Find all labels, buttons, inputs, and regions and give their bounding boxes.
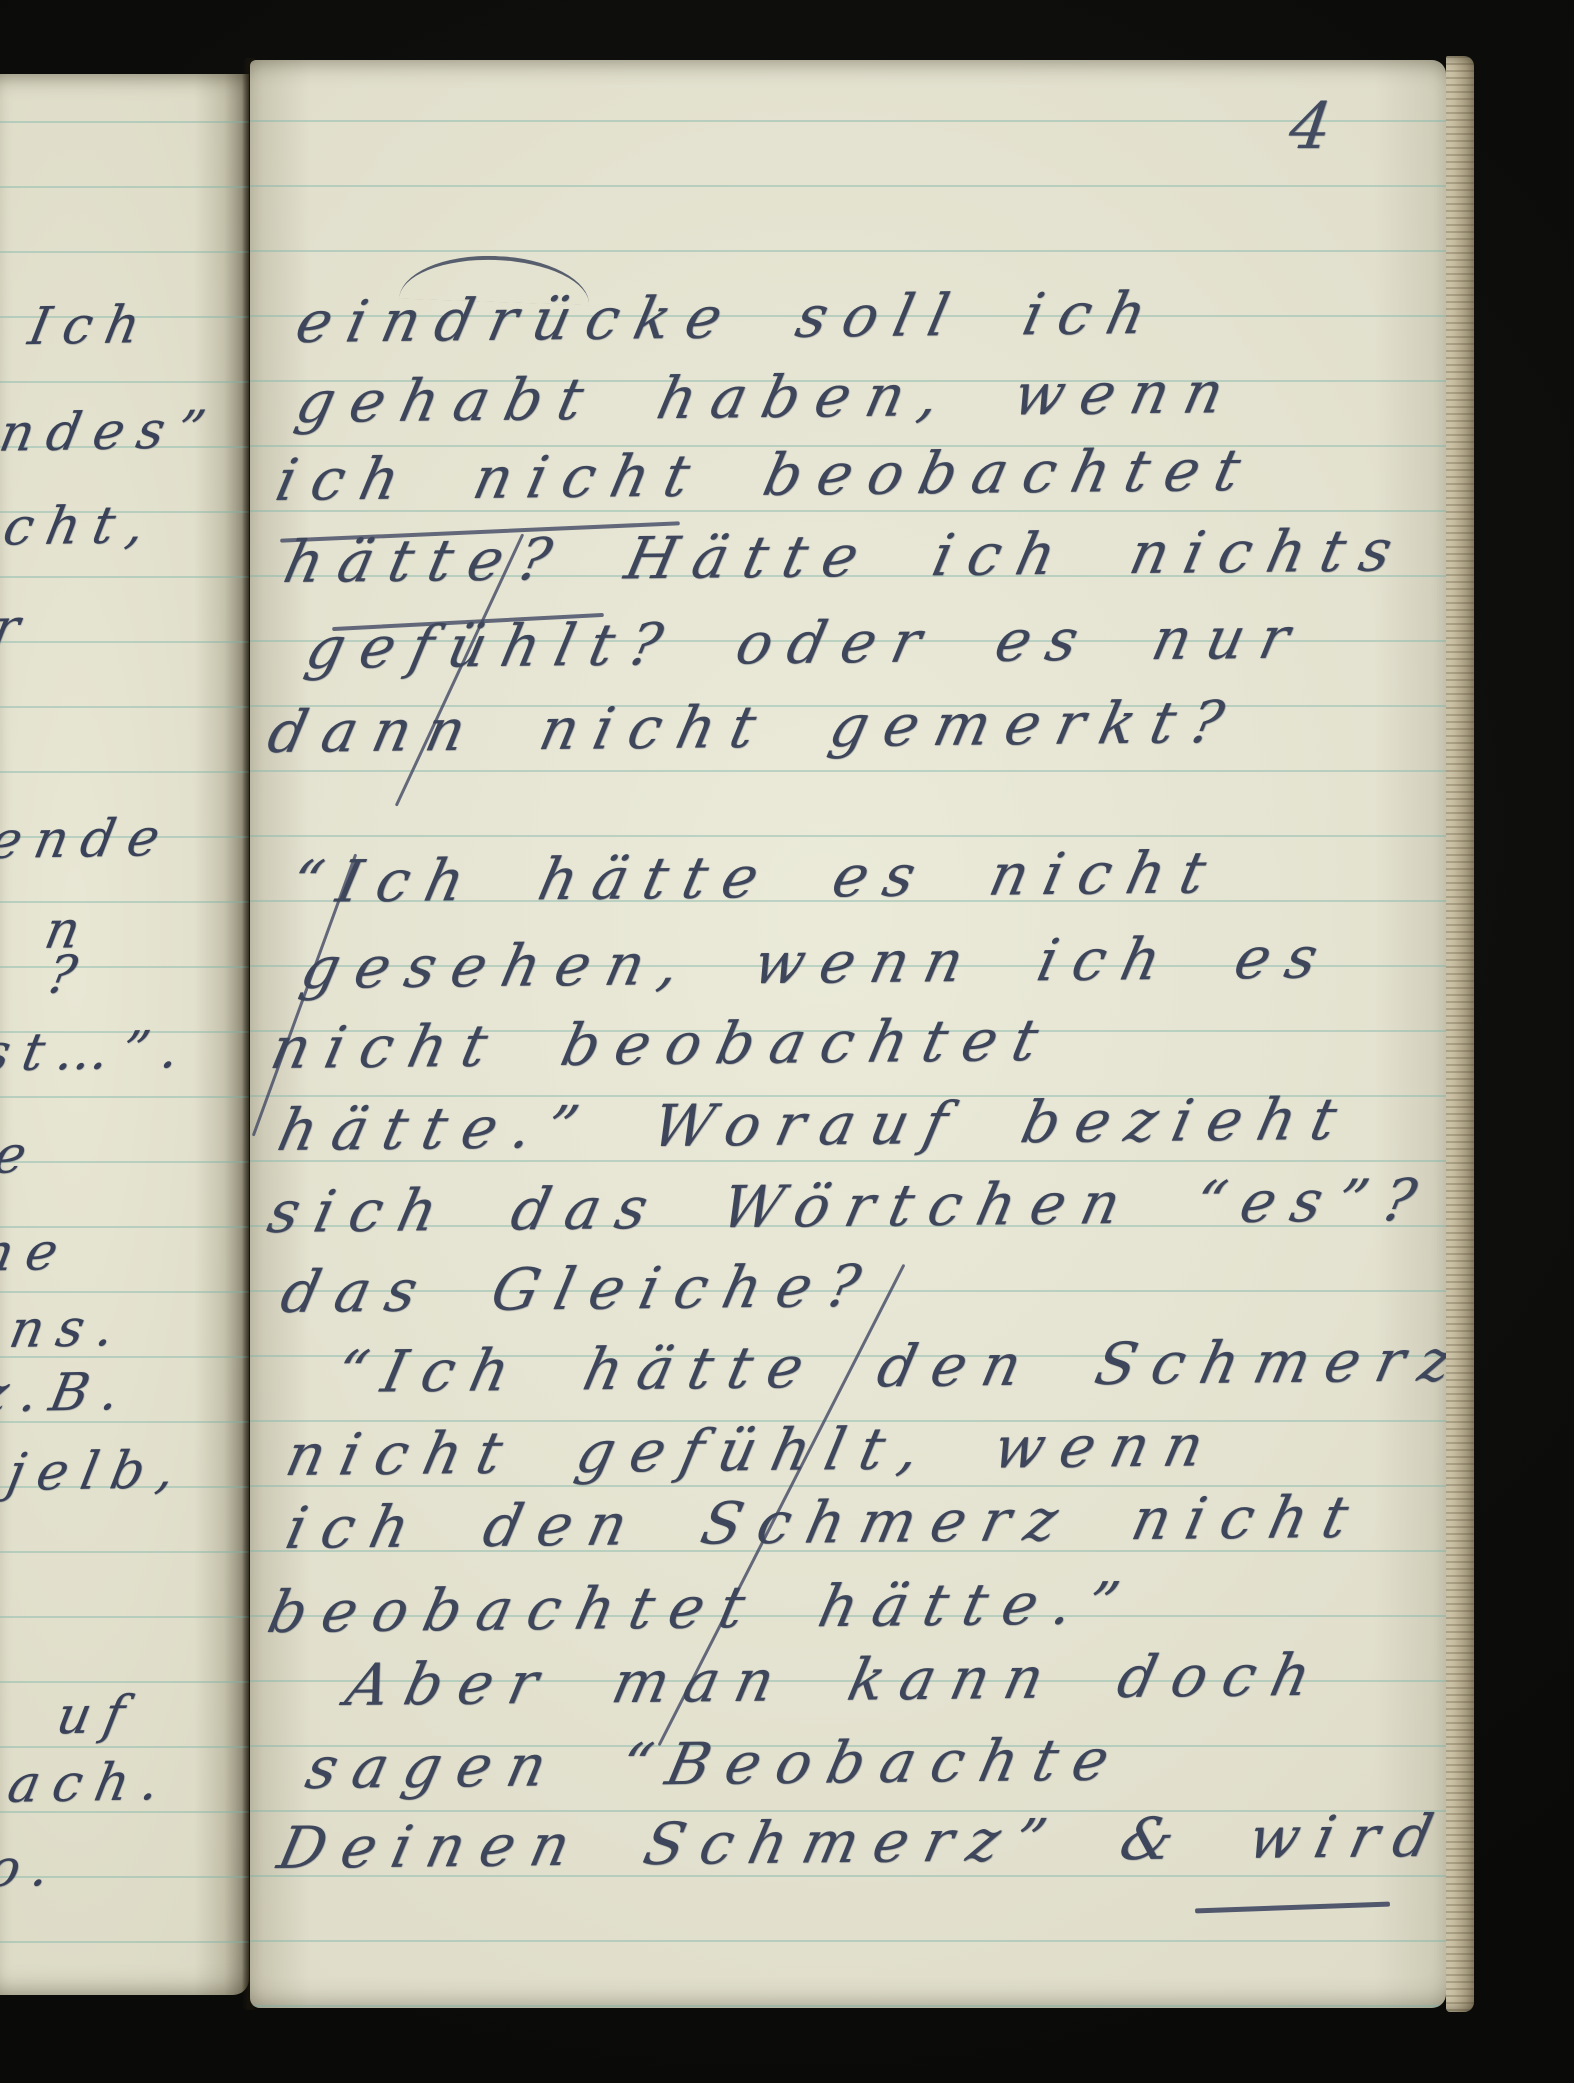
left-page-fragment: z.B. <box>0 1362 138 1425</box>
handwriting-line: ich den Schmerz nicht <box>280 1483 1370 1562</box>
handwriting-line: beobachtet hätte.” <box>262 1569 1141 1646</box>
left-page-fragment: st…”. <box>0 1020 198 1084</box>
handwriting-line: sagen “Beobachte <box>300 1725 1131 1802</box>
handwriting-line: sich das Wörtchen “es”? Auf <box>262 1164 1446 1246</box>
left-page-fragment: uf <box>52 1685 143 1746</box>
left-page-fragment: obach. <box>0 1752 178 1816</box>
left-page-fragment: ns. <box>5 1298 133 1360</box>
handwriting-line: nicht gefühlt, wenn <box>280 1411 1226 1489</box>
left-page-fragment: ne <box>0 1222 76 1284</box>
left-page-fragment: jelb, <box>2 1440 193 1503</box>
page-stack-edge <box>1446 56 1474 2012</box>
handwriting-line: hätte.” Worauf bezieht <box>272 1085 1359 1164</box>
handwriting-line: ich nicht beobachtet <box>270 436 1262 514</box>
handwriting-line: dann nicht gemerkt? <box>262 688 1246 766</box>
handwriting-line: Aber man kann doch <box>340 1641 1333 1719</box>
handwriting-line: “Ich hätte den Schmerz <box>330 1326 1446 1406</box>
handwriting-line: Deinen Schmerz” & wird <box>272 1802 1446 1882</box>
handwriting-line: gesehen, wenn ich es <box>295 923 1340 1002</box>
left-page-fragment: cht, <box>0 495 163 558</box>
handwriting-line: das Gleiche? <box>275 1252 882 1326</box>
left-page-fragment: “ Ich <box>0 295 158 359</box>
handwriting-line: gefühlt? oder es nur <box>300 604 1312 682</box>
left-page-fragment: kende <box>0 808 178 872</box>
handwriting-line: nicht beobachtet <box>265 1006 1060 1082</box>
left-page-fragment: rundes” <box>0 400 223 465</box>
handwriting-line: eindrücke soll ich <box>290 279 1168 356</box>
handwriting-line: “Ich hätte es nicht <box>285 838 1228 916</box>
manuscript-photo: { "page": { "number": "4", "lines": [ {"… <box>0 0 1574 2083</box>
notebook-page: 4 eindrücke soll ich gehabt haben, wenn … <box>250 60 1446 2008</box>
handwriting-line: hätte? Hätte ich nichts <box>278 516 1414 596</box>
left-page: “ Ich rundes” cht, r kende n ? st…”. e n… <box>0 74 249 1995</box>
handwriting-line: gehabt haben, wenn <box>290 358 1246 436</box>
